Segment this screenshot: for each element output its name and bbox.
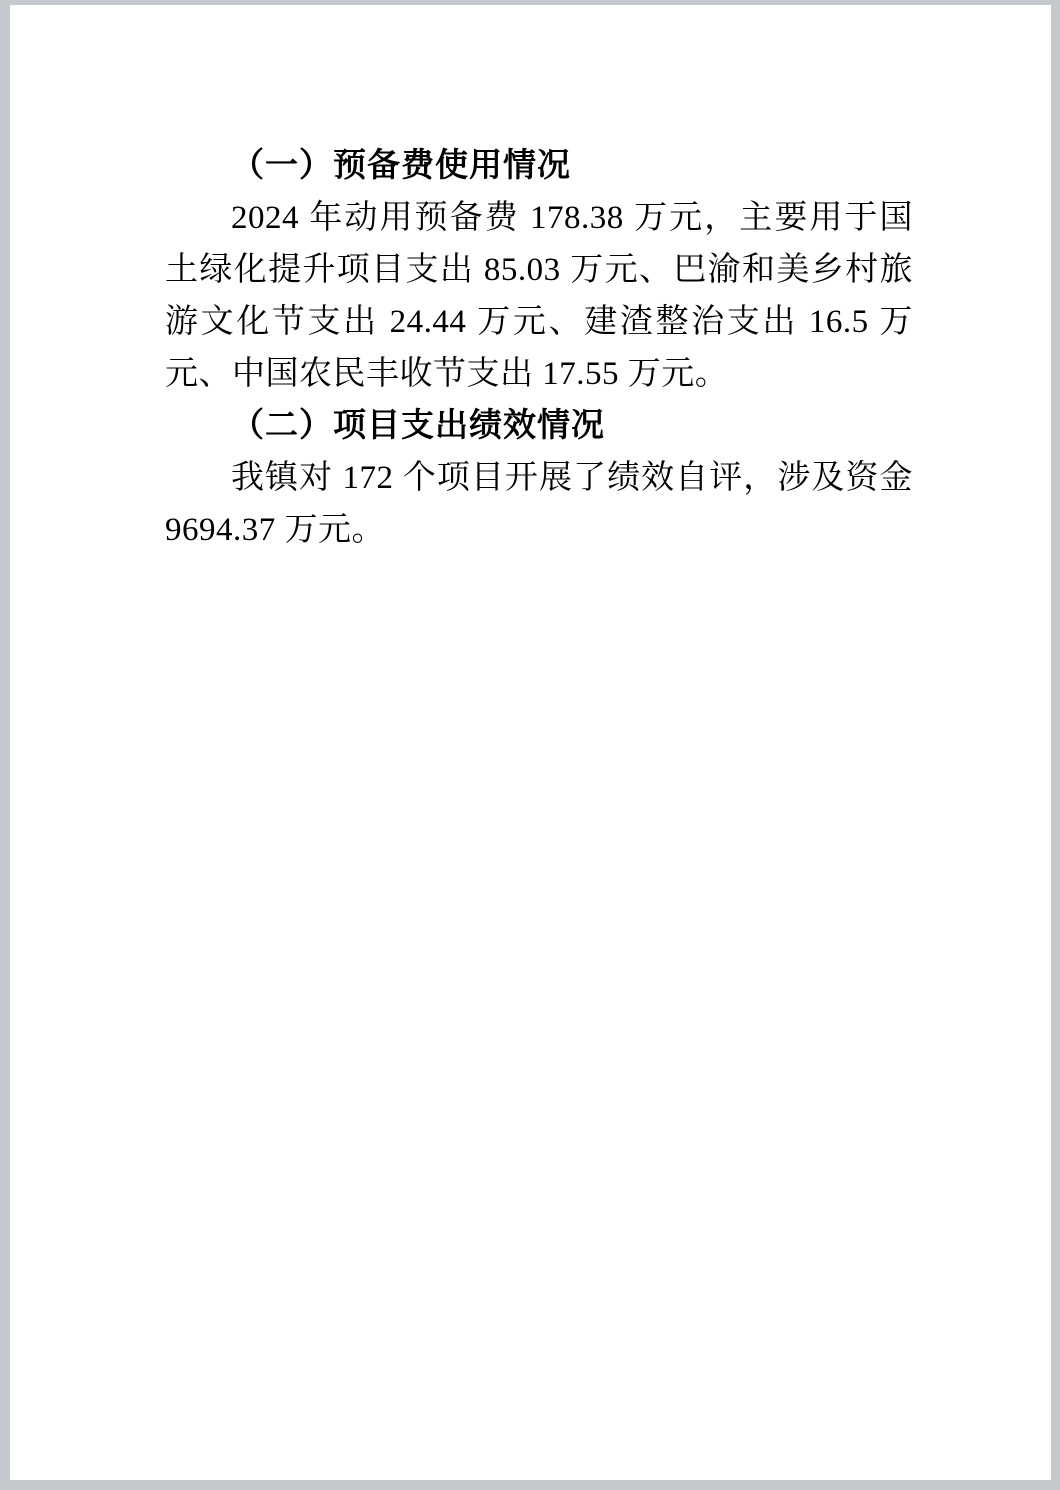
section-heading-project-performance: （二）项目支出绩效情况 xyxy=(165,400,913,452)
section-heading-reserve-fund-usage: （一）预备费使用情况 xyxy=(165,140,913,192)
document-content: （一）预备费使用情况 2024 年动用预备费 178.38 万元，主要用于国土绿… xyxy=(165,140,913,556)
document-page: （一）预备费使用情况 2024 年动用预备费 178.38 万元，主要用于国土绿… xyxy=(10,5,1051,1480)
section-paragraph-reserve-fund-usage: 2024 年动用预备费 178.38 万元，主要用于国土绿化提升项目支出 85.… xyxy=(165,192,913,400)
section-paragraph-project-performance: 我镇对 172 个项目开展了绩效自评，涉及资金 9694.37 万元。 xyxy=(165,452,913,556)
